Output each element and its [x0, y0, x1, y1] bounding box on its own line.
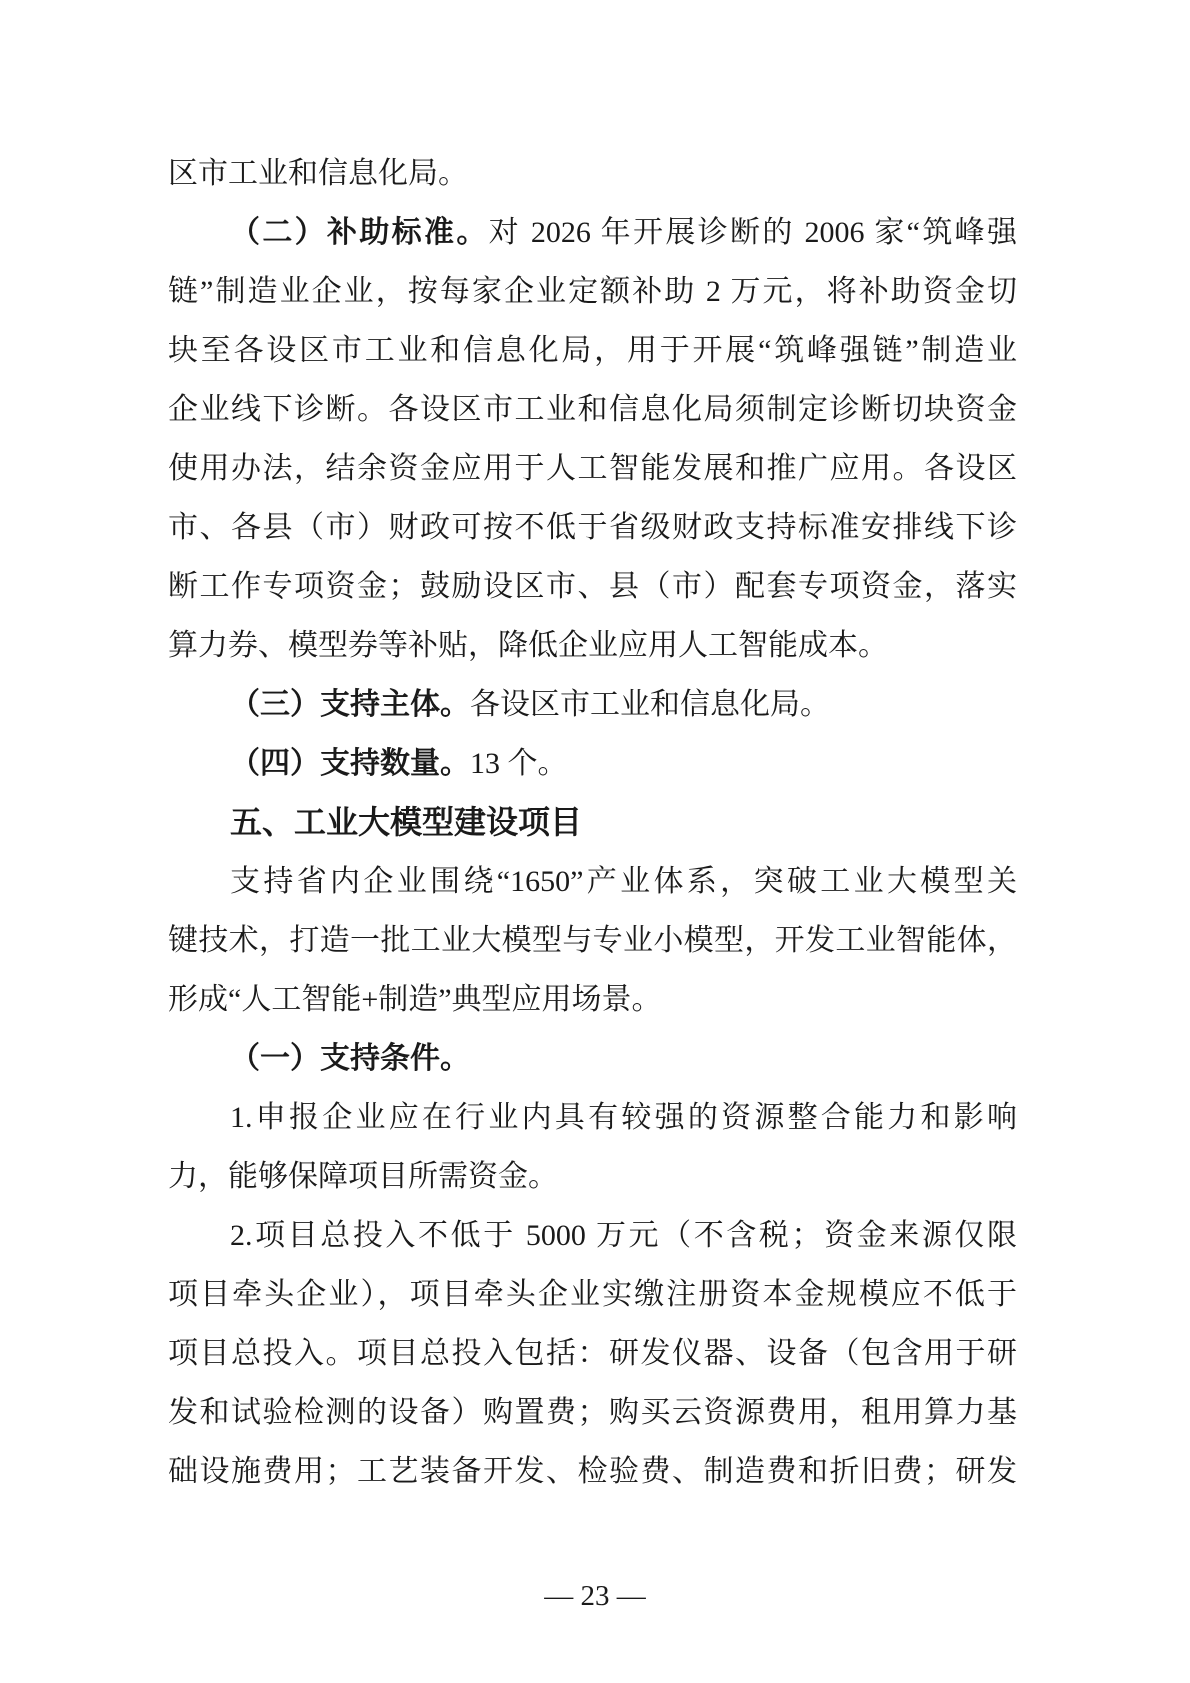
text-line-2: （二）补助标准。对 2026 年开展诊断的 2006 家“筑峰强 — [168, 203, 1017, 262]
text-line-13: 支持省内企业围绕“1650”产业体系，突破工业大模型关 — [168, 852, 1017, 911]
text-line-17: 1.申报企业应在行业内具有较强的资源整合能力和影响 — [168, 1088, 1017, 1147]
text-line-21: 项目总投入。项目总投入包括：研发仪器、设备（包含用于研 — [168, 1324, 1017, 1383]
page-number: — 23 — — [0, 1576, 1190, 1616]
text-line-16: （一）支持条件。 — [168, 1029, 1017, 1088]
text-line-9: 算力券、模型券等补贴，降低企业应用人工智能成本。 — [168, 616, 1017, 675]
text-line-11: （四）支持数量。13 个。 — [168, 734, 1017, 793]
text-line-22: 发和试验检测的设备）购置费；购买云资源费用，租用算力基 — [168, 1383, 1017, 1442]
subheading-bold: （二）补助标准。 — [230, 216, 489, 249]
text-line-6: 使用办法，结余资金应用于人工智能发展和推广应用。各设区 — [168, 439, 1017, 498]
text-line-3: 链”制造业企业，按每家企业定额补助 2 万元，将补助资金切 — [168, 262, 1017, 321]
text-line-1: 区市工业和信息化局。 — [168, 144, 1017, 203]
section-heading: 五、工业大模型建设项目 — [168, 793, 1017, 852]
text-line-4: 块至各设区市工业和信息化局，用于开展“筑峰强链”制造业 — [168, 321, 1017, 380]
text-line-20: 项目牵头企业），项目牵头企业实缴注册资本金规模应不低于 — [168, 1265, 1017, 1324]
text-line-19: 2.项目总投入不低于 5000 万元（不含税；资金来源仅限 — [168, 1206, 1017, 1265]
text-line-7: 市、各县（市）财政可按不低于省级财政支持标准安排线下诊 — [168, 498, 1017, 557]
subheading-bold: （四）支持数量。 — [230, 747, 470, 780]
text-line-23: 础设施费用；工艺装备开发、检验费、制造费和折旧费；研发 — [168, 1442, 1017, 1501]
text-line-18: 力，能够保障项目所需资金。 — [168, 1147, 1017, 1206]
text-line-5: 企业线下诊断。各设区市工业和信息化局须制定诊断切块资金 — [168, 380, 1017, 439]
text-line-10: （三）支持主体。各设区市工业和信息化局。 — [168, 675, 1017, 734]
document-page: 区市工业和信息化局。 （二）补助标准。对 2026 年开展诊断的 2006 家“… — [0, 0, 1190, 1683]
subheading-bold: （一）支持条件。 — [230, 1042, 470, 1075]
subheading-bold: （三）支持主体。 — [230, 688, 470, 721]
text-line-8: 断工作专项资金；鼓励设区市、县（市）配套专项资金，落实 — [168, 557, 1017, 616]
document-body: 区市工业和信息化局。 （二）补助标准。对 2026 年开展诊断的 2006 家“… — [168, 144, 1017, 1501]
text-line-15: 形成“人工智能+制造”典型应用场景。 — [168, 970, 1017, 1029]
text-line-14: 键技术，打造一批工业大模型与专业小模型，开发工业智能体， — [168, 911, 1017, 970]
